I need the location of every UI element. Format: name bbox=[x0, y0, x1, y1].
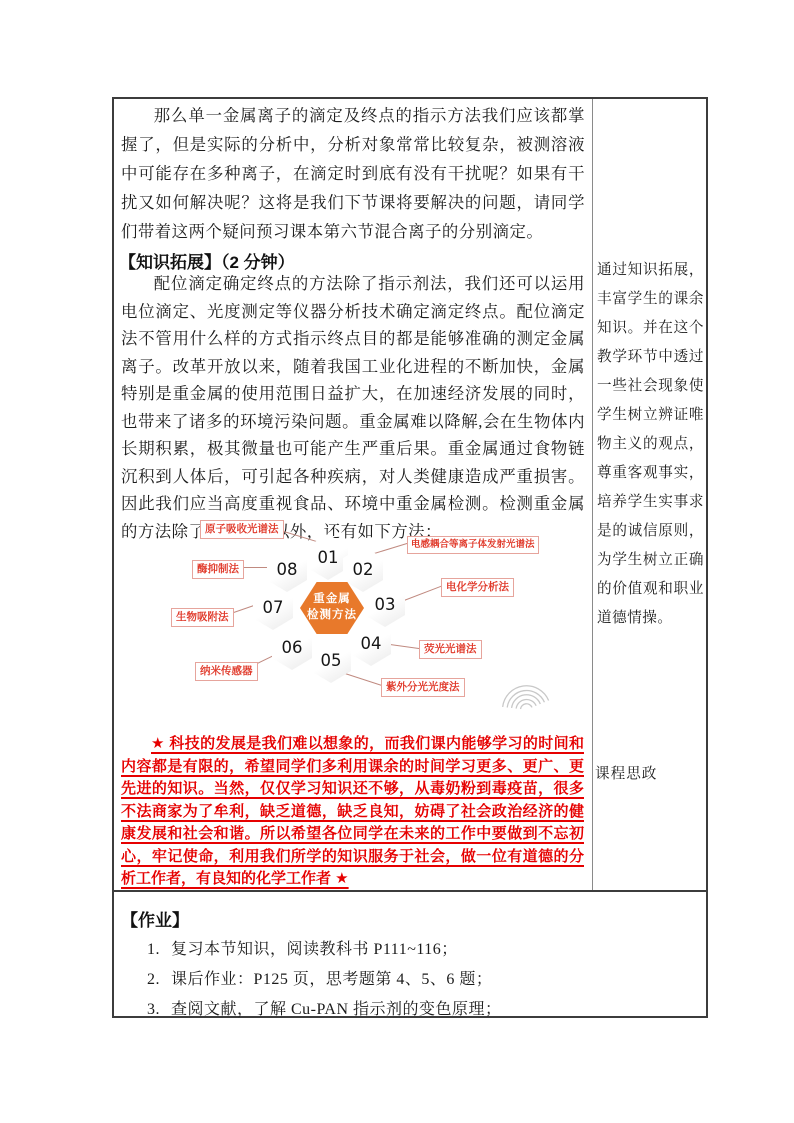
method-label-icp-emission: 电感耦合等离子体发射光谱法 bbox=[407, 536, 539, 554]
homework-item-text: 复习本节知识，阅读教科书 P111~116； bbox=[171, 941, 458, 958]
homework-item: 2.课后作业：P125 页，思考题第 4、5、6 题； bbox=[147, 966, 577, 996]
homework-item: 3.查阅文献，了解 Cu-PAN 指示剂的变色原理； bbox=[147, 996, 577, 1026]
moral-education-paragraph: ★ 科技的发展是我们难以想象的，而我们课内能够学习的时间和内容都是有限的，希望同… bbox=[121, 733, 584, 891]
lesson-plan-page: 那么单一金属离子的滴定及终点的指示方法我们应该都掌握了，但是实际的分析中，分析对… bbox=[0, 0, 794, 1123]
method-label-uv-spectrophotometry: 紫外分光光度法 bbox=[381, 678, 465, 697]
method-label-nano-sensor: 纳米传感器 bbox=[195, 662, 258, 681]
hexagon-number: 01 bbox=[318, 548, 339, 567]
signal-arcs-watermark bbox=[495, 669, 552, 716]
hexagon-number: 08 bbox=[277, 560, 298, 579]
method-label-enzyme-inhibition: 酶抑制法 bbox=[192, 560, 244, 579]
hexagon-number: 06 bbox=[282, 638, 303, 657]
homework-item-text: 课后作业：P125 页，思考题第 4、5、6 题； bbox=[171, 971, 492, 988]
homework-item-number: 3. bbox=[147, 1001, 171, 1019]
homework-item: 1.复习本节知识，阅读教科书 P111~116； bbox=[147, 936, 577, 966]
hexagon-number: 02 bbox=[353, 560, 374, 579]
homework-item-number: 2. bbox=[147, 971, 171, 989]
method-label-biosorption: 生物吸附法 bbox=[171, 608, 234, 627]
homework-list: 1.复习本节知识，阅读教科书 P111~116； 2.课后作业：P125 页，思… bbox=[147, 936, 577, 1026]
center-title-line1: 重金属 bbox=[313, 592, 351, 608]
hexagon-number: 05 bbox=[321, 651, 342, 670]
table-column-divider bbox=[592, 99, 593, 890]
sidebar-course-ideology-tag: 课程思政 bbox=[595, 762, 657, 783]
expansion-paragraph: 配位滴定确定终点的方法除了指示剂法，我们还可以运用电位滴定、光度测定等仪器分析技… bbox=[121, 270, 585, 545]
intro-paragraph: 那么单一金属离子的滴定及终点的指示方法我们应该都掌握了，但是实际的分析中，分析对… bbox=[121, 101, 585, 246]
homework-item-number: 1. bbox=[147, 941, 171, 959]
hexagon-number: 04 bbox=[361, 634, 382, 653]
method-label-atomic-absorption: 原子吸收光谱法 bbox=[200, 520, 284, 539]
homework-item-text: 查阅文献，了解 Cu-PAN 指示剂的变色原理； bbox=[171, 1001, 502, 1018]
hexagon-number: 03 bbox=[375, 595, 396, 614]
method-label-fluorescence: 荧光光谱法 bbox=[419, 640, 482, 659]
center-title-line2: 检测方法 bbox=[307, 608, 357, 624]
sidebar-teaching-note: 通过知识拓展，丰富学生的课余知识。并在这个教学环节中透过一些社会现象使学生树立辨… bbox=[597, 256, 704, 633]
hexagon-number: 07 bbox=[263, 598, 284, 617]
method-label-electrochemical: 电化学分析法 bbox=[441, 578, 514, 597]
homework-heading: 【作业】 bbox=[121, 906, 189, 931]
